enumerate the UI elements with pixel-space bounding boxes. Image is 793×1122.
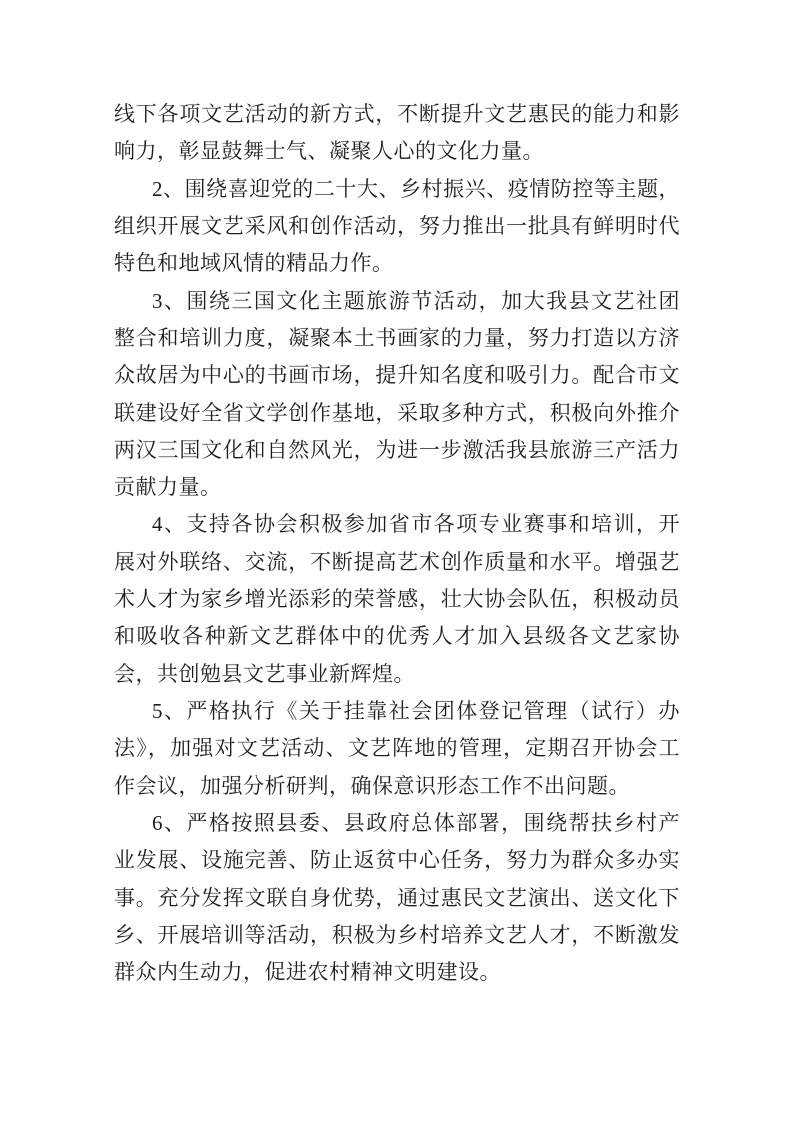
- text-line: 特色和地域风情的精品力作。: [114, 245, 680, 282]
- text-line: 响力，彰显鼓舞士气、凝聚人心的文化力量。: [114, 133, 680, 170]
- text-line: 群众内生动力，促进农村精神文明建设。: [114, 954, 680, 991]
- text-line: 众故居为中心的书画市场，提升知名度和吸引力。配合市文: [114, 357, 680, 394]
- text-line: 和吸收各种新文艺群体中的优秀人才加入县级各文艺家协: [114, 618, 680, 655]
- text-line: 6、严格按照县委、县政府总体部署，围绕帮扶乡村产: [114, 805, 680, 842]
- text-line: 5、严格执行《关于挂靠社会团体登记管理（试行）办: [114, 693, 680, 730]
- text-line: 法》，加强对文艺活动、文艺阵地的管理，定期召开协会工: [114, 730, 680, 767]
- paragraph: 4、支持各协会积极参加省市各项专业赛事和培训，开展对外联络、交流，不断提高艺术创…: [114, 506, 680, 693]
- paragraph: 6、严格按照县委、县政府总体部署，围绕帮扶乡村产业发展、设施完善、防止返贫中心任…: [114, 805, 680, 992]
- text-line: 2、围绕喜迎党的二十大、乡村振兴、疫情防控等主题，: [114, 171, 680, 208]
- paragraph: 3、围绕三国文化主题旅游节活动，加大我县文艺社团整合和培训力度，凝聚本土书画家的…: [114, 283, 680, 507]
- text-line: 组织开展文艺采风和创作活动，努力推出一批具有鲜明时代: [114, 208, 680, 245]
- text-line: 事。充分发挥文联自身优势，通过惠民文艺演出、送文化下: [114, 880, 680, 917]
- text-line: 作会议，加强分析研判，确保意识形态工作不出问题。: [114, 768, 680, 805]
- text-line: 整合和培训力度，凝聚本土书画家的力量，努力打造以方济: [114, 320, 680, 357]
- text-line: 业发展、设施完善、防止返贫中心任务，努力为群众多办实: [114, 842, 680, 879]
- text-line: 乡、开展培训等活动，积极为乡村培养文艺人才，不断激发: [114, 917, 680, 954]
- text-line: 两汉三国文化和自然风光，为进一步激活我县旅游三产活力: [114, 432, 680, 469]
- text-line: 贡献力量。: [114, 469, 680, 506]
- document-body: 线下各项文艺活动的新方式，不断提升文艺惠民的能力和影响力，彰显鼓舞士气、凝聚人心…: [114, 96, 680, 992]
- text-line: 3、围绕三国文化主题旅游节活动，加大我县文艺社团: [114, 283, 680, 320]
- text-line: 会，共创勉县文艺事业新辉煌。: [114, 656, 680, 693]
- document-page: 线下各项文艺活动的新方式，不断提升文艺惠民的能力和影响力，彰显鼓舞士气、凝聚人心…: [0, 0, 793, 1122]
- paragraph: 5、严格执行《关于挂靠社会团体登记管理（试行）办法》，加强对文艺活动、文艺阵地的…: [114, 693, 680, 805]
- text-line: 4、支持各协会积极参加省市各项专业赛事和培训，开: [114, 506, 680, 543]
- text-line: 展对外联络、交流，不断提高艺术创作质量和水平。增强艺: [114, 544, 680, 581]
- text-line: 联建设好全省文学创作基地，采取多种方式，积极向外推介: [114, 395, 680, 432]
- paragraph: 线下各项文艺活动的新方式，不断提升文艺惠民的能力和影响力，彰显鼓舞士气、凝聚人心…: [114, 96, 680, 171]
- text-line: 线下各项文艺活动的新方式，不断提升文艺惠民的能力和影: [114, 96, 680, 133]
- paragraph: 2、围绕喜迎党的二十大、乡村振兴、疫情防控等主题，组织开展文艺采风和创作活动，努…: [114, 171, 680, 283]
- text-line: 术人才为家乡增光添彩的荣誉感，壮大协会队伍，积极动员: [114, 581, 680, 618]
